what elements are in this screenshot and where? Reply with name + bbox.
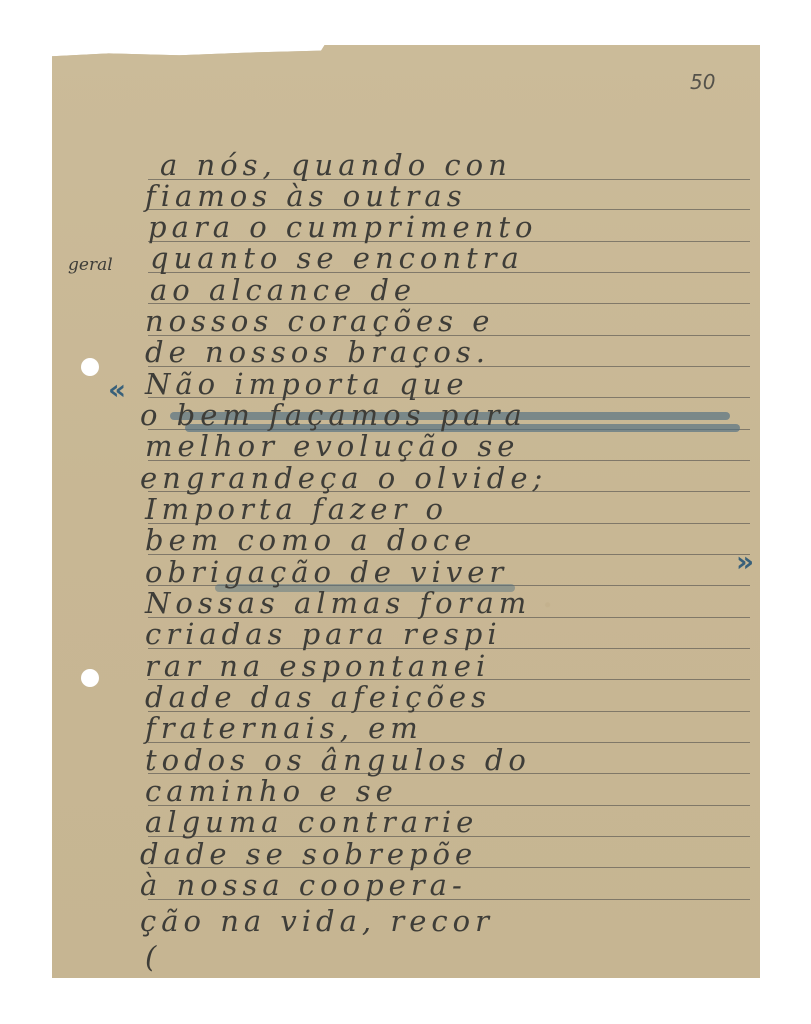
text-line: ao alcance de [150,275,750,305]
text-line: fiamos às outras [145,181,745,211]
text-line: fraternais, em [145,713,745,743]
text-line: rar na espontanei [145,651,745,681]
text-line: criadas para respi [145,619,745,649]
text-line: bem como a doce [145,525,745,555]
text-line: nossos corações e [145,306,745,336]
text-line: caminho e se [145,776,745,806]
text-line: ção na vida, recor [140,906,740,936]
text-line: à nossa coopera- [140,870,740,900]
text-line: dade das afeições [145,682,745,712]
text-line: Importa fazer o [145,494,745,524]
text-line: Não importa que [145,369,745,399]
text-line: obrigação de viver [145,557,745,587]
text-line: engrandeça o olvide; [140,463,740,493]
text-line: alguma contrarie [145,807,745,837]
text-line: Nossas almas foram [145,588,745,618]
text-line: para o cumprimento [148,212,748,242]
page-number: 50 [690,70,715,94]
text-line: dade se sobrepõe [140,839,740,869]
text-line: o bem façamos para [140,400,740,430]
open-quote-mark: « [108,373,126,406]
text-line: ( [145,942,745,972]
text-line: todos os ângulos do [145,745,745,775]
text-line: quanto se encontra [150,243,750,273]
text-line: melhor evolução se [145,431,745,461]
text-line: de nossos braços. [145,337,745,367]
text-line: a nós, quando con [160,150,760,180]
margin-note: geral [68,255,113,275]
